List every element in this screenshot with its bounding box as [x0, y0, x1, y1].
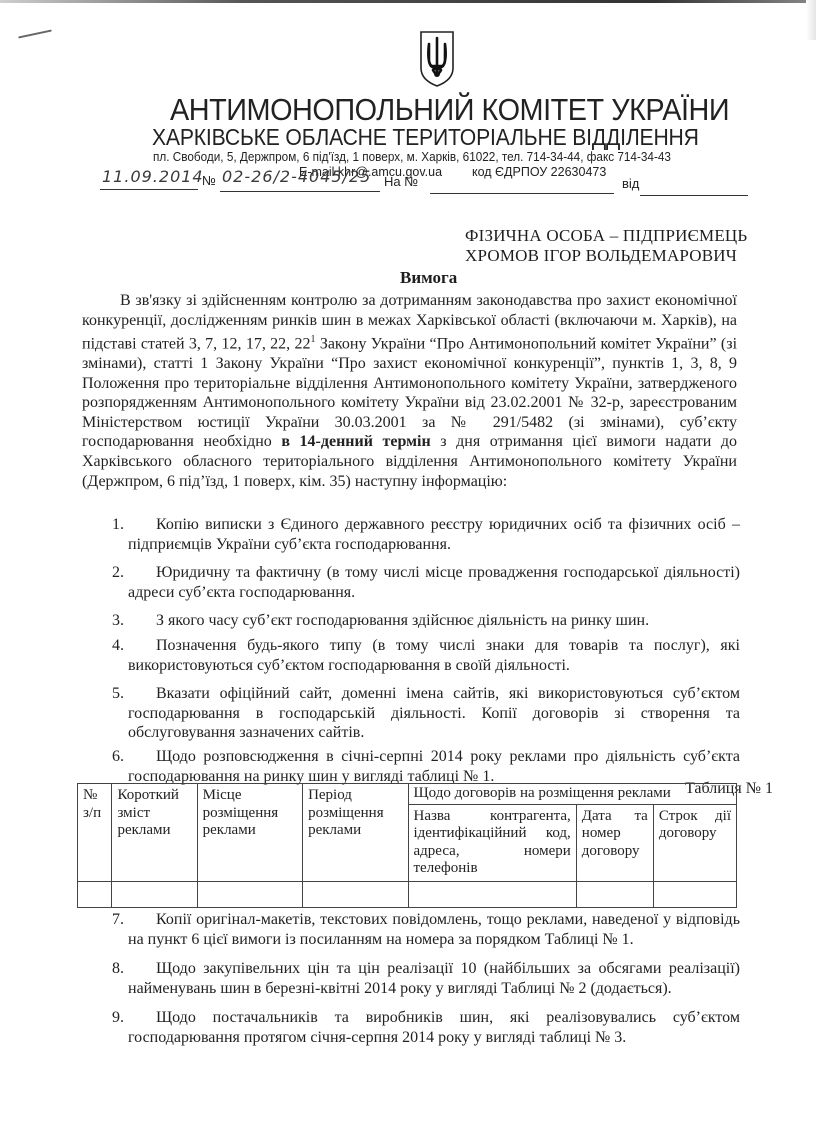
header-contract-date: Дата та номер договору	[576, 804, 653, 881]
item-text: Щодо постачальників та виробників шин, я…	[128, 1008, 740, 1047]
item-number: 1.	[112, 515, 124, 535]
letter-date: 11.09.2014	[102, 167, 204, 186]
document-title: Вимога	[400, 268, 457, 288]
recipient-type: ФІЗИЧНА ОСОБА – ПІДПРИЄМЕЦЬ	[465, 226, 747, 246]
item-text: Щодо закупівельних цін та цін реалізації…	[128, 959, 740, 998]
table-cell[interactable]	[408, 881, 576, 907]
item-number: 3.	[112, 611, 124, 631]
table-cell[interactable]	[112, 881, 197, 907]
table-cell[interactable]	[576, 881, 653, 907]
header-num: № з/п	[78, 784, 112, 882]
header-period: Період розміщення реклами	[303, 784, 408, 882]
header-contract-term: Строк дії договору	[653, 804, 736, 881]
table-cell[interactable]	[197, 881, 302, 907]
incoming-number-field	[430, 169, 614, 194]
item-number: 7.	[112, 910, 124, 930]
scan-edge-top	[0, 0, 816, 3]
item-text: Щодо розповсюдження в січні-серпні 2014 …	[128, 747, 740, 786]
organization-address: пл. Свободи, 5, Держпром, 6 під'їзд, 1 п…	[153, 150, 671, 164]
number-label: №	[202, 173, 216, 188]
item-text: Копію виписки з Єдиного державного реєст…	[128, 515, 740, 554]
recipient-name: ХРОМОВ ІГОР ВОЛЬДЕМАРОВИЧ	[465, 246, 747, 266]
item-text: З якого часу суб’єкт господарювання здій…	[128, 611, 740, 631]
list-item: 2. Юридичну та фактичну (в тому числі мі…	[80, 563, 740, 602]
table-header-row: № з/п Короткий зміст реклами Місце розмі…	[78, 784, 737, 805]
list-item: 6. Щодо розповсюдження в січні-серпні 20…	[80, 747, 740, 786]
table-row	[78, 881, 737, 907]
organization-name: АНТИМОНОПОЛЬНИЙ КОМІТЕТ УКРАЇНИ	[170, 92, 729, 128]
header-counterparty: Назва контрагента, ідентифікаційний код,…	[408, 804, 576, 881]
from-label: від	[622, 176, 639, 191]
intro-paragraph: В зв'язку зі здійсненням контролю за дот…	[82, 291, 737, 491]
list-item: 9. Щодо постачальників та виробників шин…	[80, 1008, 740, 1047]
item-text: Позначення будь-якого типу (в тому числі…	[128, 636, 740, 675]
table-cell[interactable]	[78, 881, 112, 907]
item-number: 6.	[112, 747, 124, 767]
letter-number: 02-26/2-4045/25	[222, 167, 371, 186]
department-name: ХАРКІВСЬКЕ ОБЛАСНЕ ТЕРИТОРІАЛЬНЕ ВІДДІЛЕ…	[152, 124, 699, 151]
item-number: 8.	[112, 959, 124, 979]
recipient-block: ФІЗИЧНА ОСОБА – ПІДПРИЄМЕЦЬ ХРОМОВ ІГОР …	[465, 226, 747, 266]
header-contracts-group: Щодо договорів на розміщення реклами	[408, 784, 737, 805]
advertising-table: № з/п Короткий зміст реклами Місце розмі…	[77, 783, 737, 908]
item-number: 9.	[112, 1008, 124, 1028]
reference-line: 11.09.2014 № 02-26/2-4045/25 На № від	[100, 169, 750, 199]
incoming-number-label: На №	[384, 174, 418, 189]
item-text: Копії оригінал-макетів, текстових повідо…	[128, 910, 740, 949]
item-number: 5.	[112, 684, 124, 704]
list-item: 7. Копії оригінал-макетів, текстових пов…	[80, 910, 740, 949]
table-cell[interactable]	[303, 881, 408, 907]
list-item: 3. З якого часу суб’єкт господарювання з…	[80, 611, 740, 631]
item-number: 4.	[112, 636, 124, 656]
list-item: 1. Копію виписки з Єдиного державного ре…	[80, 515, 740, 554]
item-number: 2.	[112, 563, 124, 583]
list-item: 4. Позначення будь-якого типу (в тому чи…	[80, 636, 740, 675]
header-place: Місце розміщення реклами	[197, 784, 302, 882]
ukraine-trident-icon	[419, 30, 455, 88]
scan-edge-right	[806, 0, 816, 40]
item-text: Юридичну та фактичну (в тому числі місце…	[128, 563, 740, 602]
table-cell[interactable]	[653, 881, 736, 907]
list-item: 5. Вказати офіційний сайт, доменні імена…	[80, 684, 740, 743]
header-content: Короткий зміст реклами	[112, 784, 197, 882]
from-date-field	[640, 169, 748, 196]
deadline-emphasis: в 14-денний термін	[281, 433, 430, 450]
item-text: Вказати офіційний сайт, доменні імена са…	[128, 684, 740, 743]
list-item: 8. Щодо закупівельних цін та цін реаліза…	[80, 959, 740, 998]
stray-pen-mark	[18, 29, 52, 38]
